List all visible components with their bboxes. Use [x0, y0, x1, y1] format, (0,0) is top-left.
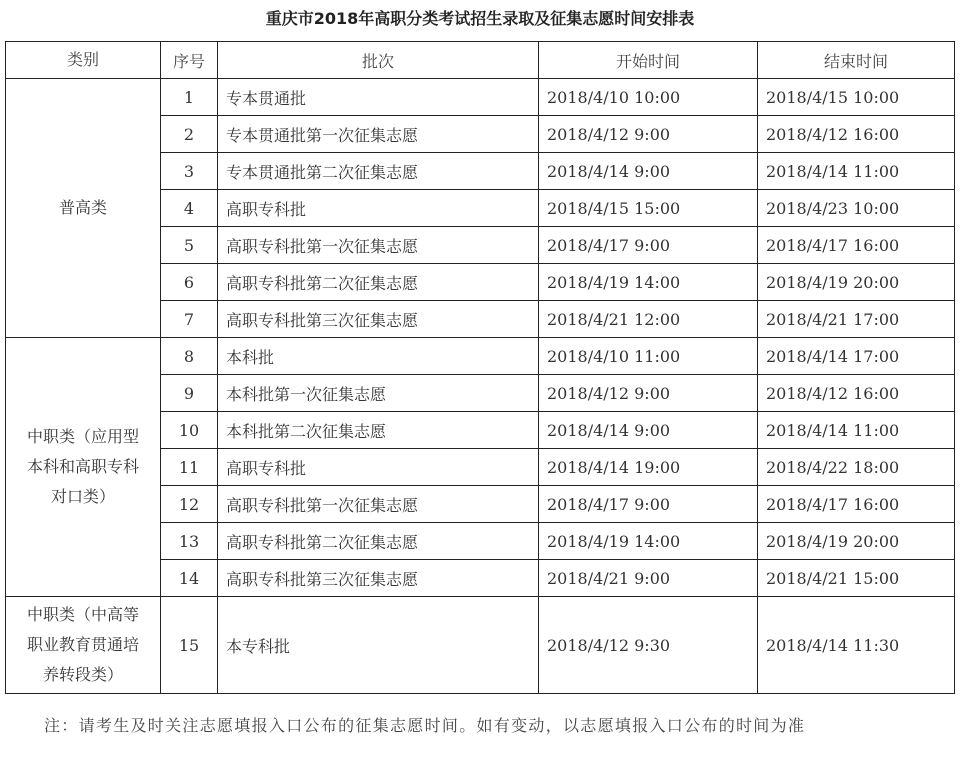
start-time: 2018/4/12 9:30: [539, 597, 758, 694]
header-category: 类别: [6, 42, 161, 79]
batch-name: 专本贯通批第一次征集志愿: [218, 116, 539, 153]
row-number: 3: [161, 153, 218, 190]
start-time: 2018/4/19 14:00: [539, 264, 758, 301]
end-time: 2018/4/19 20:00: [758, 523, 955, 560]
start-time: 2018/4/19 14:00: [539, 523, 758, 560]
row-number: 14: [161, 560, 218, 597]
row-number: 11: [161, 449, 218, 486]
start-time: 2018/4/10 10:00: [539, 79, 758, 116]
start-time: 2018/4/14 9:00: [539, 153, 758, 190]
row-number: 6: [161, 264, 218, 301]
category-line: 养转段类）: [6, 660, 160, 690]
header-end-time: 结束时间: [758, 42, 955, 79]
batch-name: 高职专科批第二次征集志愿: [218, 523, 539, 560]
end-time: 2018/4/17 16:00: [758, 227, 955, 264]
batch-name: 高职专科批: [218, 190, 539, 227]
category-line: 中职类（中高等: [6, 600, 160, 630]
end-time: 2018/4/15 10:00: [758, 79, 955, 116]
category-cell: 中职类（中高等 职业教育贯通培 养转段类）: [6, 597, 161, 694]
start-time: 2018/4/17 9:00: [539, 486, 758, 523]
header-row: 类别 序号 批次 开始时间 结束时间: [6, 42, 955, 79]
document-title: 重庆市2018年高职分类考试招生录取及征集志愿时间安排表: [0, 6, 960, 29]
end-time: 2018/4/14 11:00: [758, 153, 955, 190]
start-time: 2018/4/15 15:00: [539, 190, 758, 227]
category-line: 中职类（应用型: [6, 422, 160, 452]
end-time: 2018/4/21 15:00: [758, 560, 955, 597]
batch-name: 高职专科批: [218, 449, 539, 486]
start-time: 2018/4/14 19:00: [539, 449, 758, 486]
start-time: 2018/4/17 9:00: [539, 227, 758, 264]
row-number: 7: [161, 301, 218, 338]
row-number: 13: [161, 523, 218, 560]
batch-name: 本科批第二次征集志愿: [218, 412, 539, 449]
schedule-table: 类别 序号 批次 开始时间 结束时间 普高类 1 专本贯通批 2018/4/10…: [5, 41, 955, 694]
end-time: 2018/4/14 17:00: [758, 338, 955, 375]
end-time: 2018/4/21 17:00: [758, 301, 955, 338]
batch-name: 高职专科批第一次征集志愿: [218, 227, 539, 264]
row-number: 4: [161, 190, 218, 227]
batch-name: 专本贯通批第二次征集志愿: [218, 153, 539, 190]
category-cell: 普高类: [6, 79, 161, 338]
batch-name: 高职专科批第三次征集志愿: [218, 560, 539, 597]
start-time: 2018/4/12 9:00: [539, 375, 758, 412]
start-time: 2018/4/12 9:00: [539, 116, 758, 153]
end-time: 2018/4/19 20:00: [758, 264, 955, 301]
end-time: 2018/4/17 16:00: [758, 486, 955, 523]
row-number: 12: [161, 486, 218, 523]
start-time: 2018/4/21 9:00: [539, 560, 758, 597]
batch-name: 高职专科批第一次征集志愿: [218, 486, 539, 523]
row-number: 15: [161, 597, 218, 694]
category-cell: 中职类（应用型 本科和高职专科 对口类）: [6, 338, 161, 597]
end-time: 2018/4/22 18:00: [758, 449, 955, 486]
end-time: 2018/4/14 11:30: [758, 597, 955, 694]
row-number: 10: [161, 412, 218, 449]
batch-name: 专本贯通批: [218, 79, 539, 116]
row-number: 5: [161, 227, 218, 264]
header-batch: 批次: [218, 42, 539, 79]
table-row: 普高类 1 专本贯通批 2018/4/10 10:00 2018/4/15 10…: [6, 79, 955, 116]
row-number: 1: [161, 79, 218, 116]
row-number: 2: [161, 116, 218, 153]
start-time: 2018/4/21 12:00: [539, 301, 758, 338]
batch-name: 本专科批: [218, 597, 539, 694]
row-number: 8: [161, 338, 218, 375]
table-row: 中职类（应用型 本科和高职专科 对口类） 8 本科批 2018/4/10 11:…: [6, 338, 955, 375]
category-line: 职业教育贯通培: [6, 630, 160, 660]
row-number: 9: [161, 375, 218, 412]
category-line: 本科和高职专科: [6, 452, 160, 482]
end-time: 2018/4/12 16:00: [758, 116, 955, 153]
batch-name: 高职专科批第三次征集志愿: [218, 301, 539, 338]
batch-name: 本科批第一次征集志愿: [218, 375, 539, 412]
footnote: 注：请考生及时关注志愿填报入口公布的征集志愿时间。如有变动，以志愿填报入口公布的…: [8, 708, 953, 744]
end-time: 2018/4/14 11:00: [758, 412, 955, 449]
header-start-time: 开始时间: [539, 42, 758, 79]
batch-name: 本科批: [218, 338, 539, 375]
end-time: 2018/4/12 16:00: [758, 375, 955, 412]
end-time: 2018/4/23 10:00: [758, 190, 955, 227]
start-time: 2018/4/10 11:00: [539, 338, 758, 375]
batch-name: 高职专科批第二次征集志愿: [218, 264, 539, 301]
table-row: 中职类（中高等 职业教育贯通培 养转段类） 15 本专科批 2018/4/12 …: [6, 597, 955, 694]
category-line: 对口类）: [6, 482, 160, 512]
start-time: 2018/4/14 9:00: [539, 412, 758, 449]
header-number: 序号: [161, 42, 218, 79]
